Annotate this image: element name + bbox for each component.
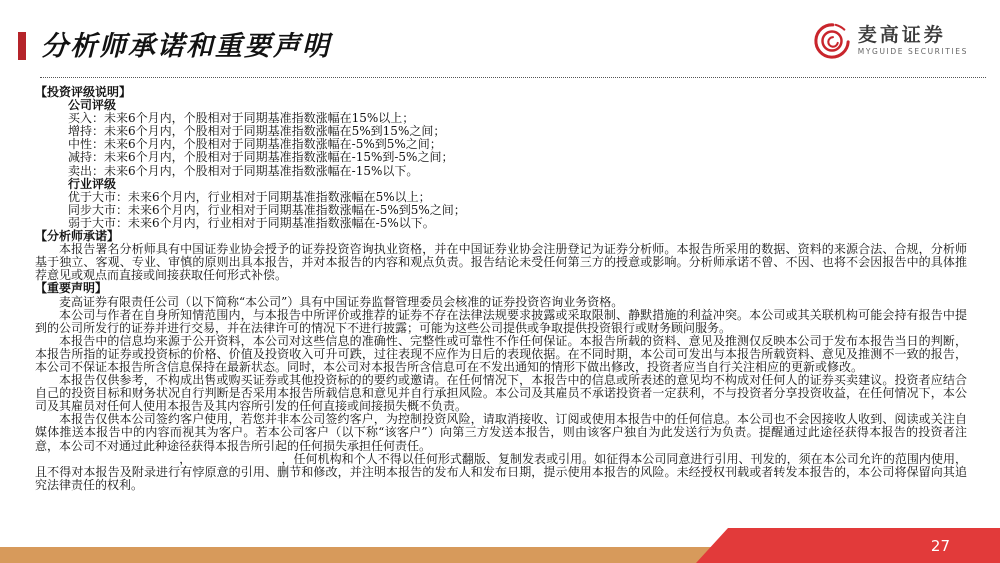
company-rating-item: 减持：未来6个月内，个股相对于同期基准指数涨幅在-15%到-5%之间； — [68, 151, 967, 164]
footer-orange-bar — [0, 547, 713, 563]
industry-rating-item: 同步大市：未来6个月内，行业相对于同期基准指数涨幅在-5%到5%之间； — [68, 204, 967, 217]
logo-name-en: MYGUIDE SECURITIES — [858, 48, 968, 56]
page-title: 分析师承诺和重要声明 — [41, 24, 331, 63]
industry-rating-label: 行业评级 — [68, 178, 967, 191]
statement-paragraph: 本报告仅供本公司签约客户使用，若您并非本公司签约客户，为控制投资风险，请取消接收… — [35, 413, 967, 452]
company-rating-item: 卖出：未来6个月内，个股相对于同期基准指数涨幅在-15%以下。 — [68, 165, 967, 178]
industry-rating-item: 弱于大市：未来6个月内，行业相对于同期基准指数涨幅在-5%以下。 — [68, 217, 967, 230]
header-dotted-rule — [40, 77, 986, 78]
logo-name-cn: 麦高证券 — [858, 26, 968, 46]
analyst-commitment-paragraph: 本报告署名分析师具有中国证券业协会授予的证券投资咨询执业资格，并在中国证券业协会… — [35, 243, 967, 282]
title-accent-bar — [18, 32, 26, 60]
company-logo: 麦高证券 MYGUIDE SECURITIES — [813, 22, 968, 60]
industry-rating-item: 优于大市：未来6个月内，行业相对于同期基准指数涨幅在5%以上； — [68, 191, 967, 204]
logo-text: 麦高证券 MYGUIDE SECURITIES — [858, 26, 968, 56]
section-heading-rating: 【投资评级说明】 — [35, 86, 967, 99]
statement-paragraph: 麦高证券有限责任公司（以下简称“本公司”）具有中国证券监督管理委员会核准的证券投… — [35, 296, 967, 309]
page-number: 27 — [931, 537, 950, 555]
myguide-flower-icon — [813, 22, 851, 60]
statement-paragraph: 本报告中的信息均来源于公开资料，本公司对这些信息的准确性、完整性或可靠性不作任何… — [35, 335, 967, 374]
document-body: 【投资评级说明】 公司评级 买入：未来6个月内，个股相对于同期基准指数涨幅在15… — [35, 86, 967, 492]
footer-red-ribbon — [688, 528, 1000, 563]
statement-paragraph: 本报告仅供参考，不构成出售或购买证券或其他投资标的的要约或邀请。在任何情况下，本… — [35, 374, 967, 413]
section-heading-statement: 【重要声明】 — [35, 282, 967, 295]
statement-paragraph: ， ，任何机构和个人不得以任何形式翻版、复制发表或引用。如征得本公司同意进行引用… — [35, 453, 967, 492]
statement-paragraph: 本公司与作者在自身所知情范围内，与本报告中所评价或推荐的证券不存在法律法规要求披… — [35, 309, 967, 335]
